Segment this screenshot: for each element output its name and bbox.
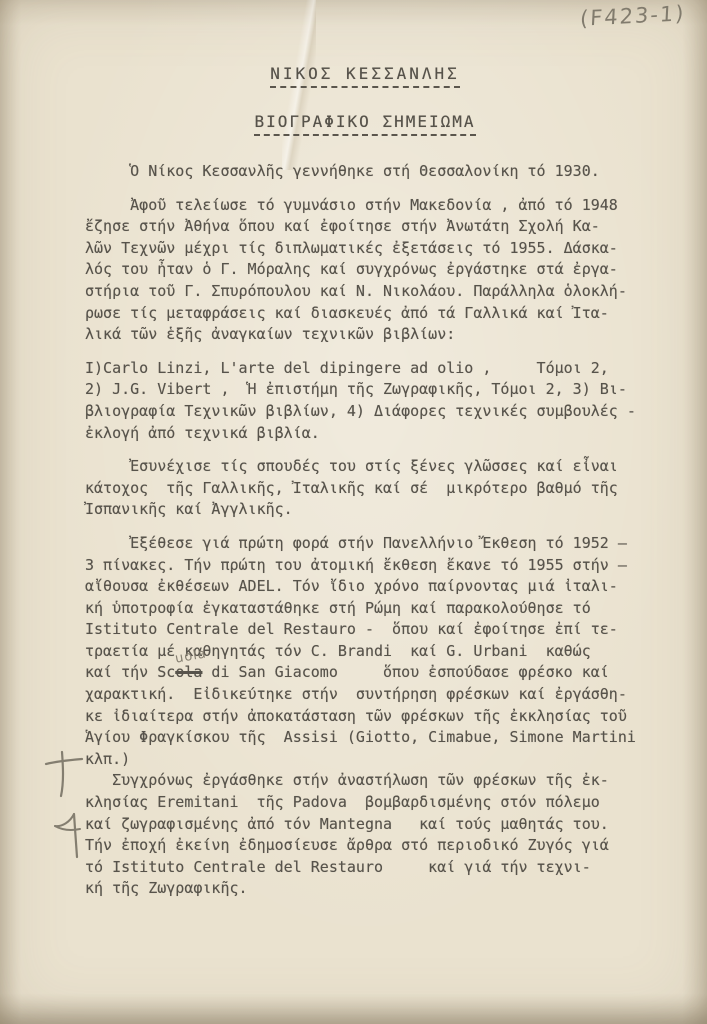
text-line: κή ὑποτροφία ἐγκαταστάθηκε στή Ρώμη καί … xyxy=(85,598,660,620)
text-segment: καί τήν Sc xyxy=(85,663,175,681)
text-line: Ἐσυνέχισε τίς σπουδές του στίς ξένες γλῶ… xyxy=(85,456,660,478)
text-line: ρωσε τίς μεταφράσεις καί διασκευές ἀπό τ… xyxy=(85,303,660,325)
text-line: Ἰσπανικῆς καί Ἀγγλικῆς. xyxy=(85,499,660,521)
text-line: λῶν Τεχνῶν μέχρι τίς διπλωματικές ἐξετάσ… xyxy=(85,238,660,260)
text-line: κε ἰδιαίτερα στήν ἀποκατάσταση τῶν φρέσκ… xyxy=(85,706,660,728)
struck-text: olauola xyxy=(175,663,202,681)
text-line: I)Carlo Linzi, L'arte del dipingere ad o… xyxy=(85,358,660,380)
document-body: Ὁ Νίκος Κεσσανλῆς γεννήθηκε στή Θεσσαλον… xyxy=(85,161,660,900)
text-line: λικά τῶν ἑξῆς ἀναγκαίων τεχνικῶν βιβλίων… xyxy=(85,324,660,346)
text-line: Ἀφοῦ τελείωσε τό γυμνάσιο στήν Μακεδονία… xyxy=(85,195,660,217)
text-line: 3 πίνακες. Τήν πρώτη του ἀτομική ἔκθεση … xyxy=(85,555,660,577)
page-title: ΝΙΚΟΣ ΚΕΣΣΑΝΛΗΣ xyxy=(270,64,460,88)
text-line: κάτοχος τῆς Γαλλικῆς, Ἰταλικῆς καί σέ μι… xyxy=(85,478,660,500)
text-line: τό Istituto Centrale del Restauro καί γι… xyxy=(85,857,660,879)
text-line: κή τῆς Ζωγραφικῆς. xyxy=(85,878,660,900)
text-segment: di San Giacomo ὅπου ἐσπούδασε φρέσκο καί xyxy=(202,663,608,681)
text-line: Ὁ Νίκος Κεσσανλῆς γεννήθηκε στή Θεσσαλον… xyxy=(85,161,660,183)
subtitle-row: ΒΙΟΓΡΑΦΙΚΟ ΣΗΜΕΙΩΜΑ xyxy=(85,112,645,136)
scanned-page: (F423-1) ΝΙΚΟΣ ΚΕΣΣΑΝΛΗΣ ΒΙΟΓΡΑΦΙΚΟ ΣΗΜΕ… xyxy=(0,0,707,1024)
text-line: βλιογραφία Τεχνικῶν βιβλίων, 4) Διάφορες… xyxy=(85,401,660,423)
title-row: ΝΙΚΟΣ ΚΕΣΣΑΝΛΗΣ xyxy=(85,64,645,88)
text-line: Συγχρόνως ἐργάσθηκε στήν ἀναστήλωση τῶν … xyxy=(85,770,660,792)
text-line: καί ζωγραφισμένης ἀπό τόν Mantegna καί τ… xyxy=(85,814,660,836)
margin-mark-cross-icon xyxy=(42,748,86,800)
text-line: Istituto Centrale del Restauro - ὅπου κα… xyxy=(85,619,660,641)
text-line: στήρια τοῦ Γ. Σπυρόπουλου καί Ν. Νικολάο… xyxy=(85,281,660,303)
handwritten-archive-code: (F423-1) xyxy=(579,1,686,31)
text-line: λός του ἦταν ὁ Γ. Μόραλης καί συγχρόνως … xyxy=(85,259,660,281)
text-line: τραετία μέ καθηγητάς τόν C. Brandi καί G… xyxy=(85,641,660,663)
text-line: Τήν ἐποχή ἐκείνη ἐδημοσίευσε ἄρθρα στό π… xyxy=(85,835,660,857)
text-line: αἴθουσα ἐκθέσεων ADEL. Τόν ἴδιο χρόνο πα… xyxy=(85,576,660,598)
margin-mark-dagger-icon xyxy=(50,812,90,860)
page-subtitle: ΒΙΟΓΡΑΦΙΚΟ ΣΗΜΕΙΩΜΑ xyxy=(254,112,475,136)
text-line: χαρακτική. Εἰδικεύτηκε στήν συντήρηση φρ… xyxy=(85,684,660,706)
text-line: Ἁγίου Φραγκίσκου τῆς Assisi (Giotto, Cim… xyxy=(85,727,660,749)
text-line: 2) J.G. Vibert , Ἡ ἐπιστήμη τῆς Ζωγραφικ… xyxy=(85,379,660,401)
text-line: ἔζησε στήν Ἀθήνα ὅπου καί ἐφοίτησε στήν … xyxy=(85,216,660,238)
text-line: κλπ.) xyxy=(85,749,660,771)
text-line: ἐκλογή ἀπό τεχνικά βιβλία. xyxy=(85,423,660,445)
text-line: Ἐξέθεσε γιά πρώτη φορά στήν Πανελλήνιο Ἔ… xyxy=(85,533,660,555)
text-line: κλησίας Eremitani τῆς Padova βομβαρδισμέ… xyxy=(85,792,660,814)
text-line: καί τήν Scolauola di San Giacomo ὅπου ἐσ… xyxy=(85,662,660,684)
